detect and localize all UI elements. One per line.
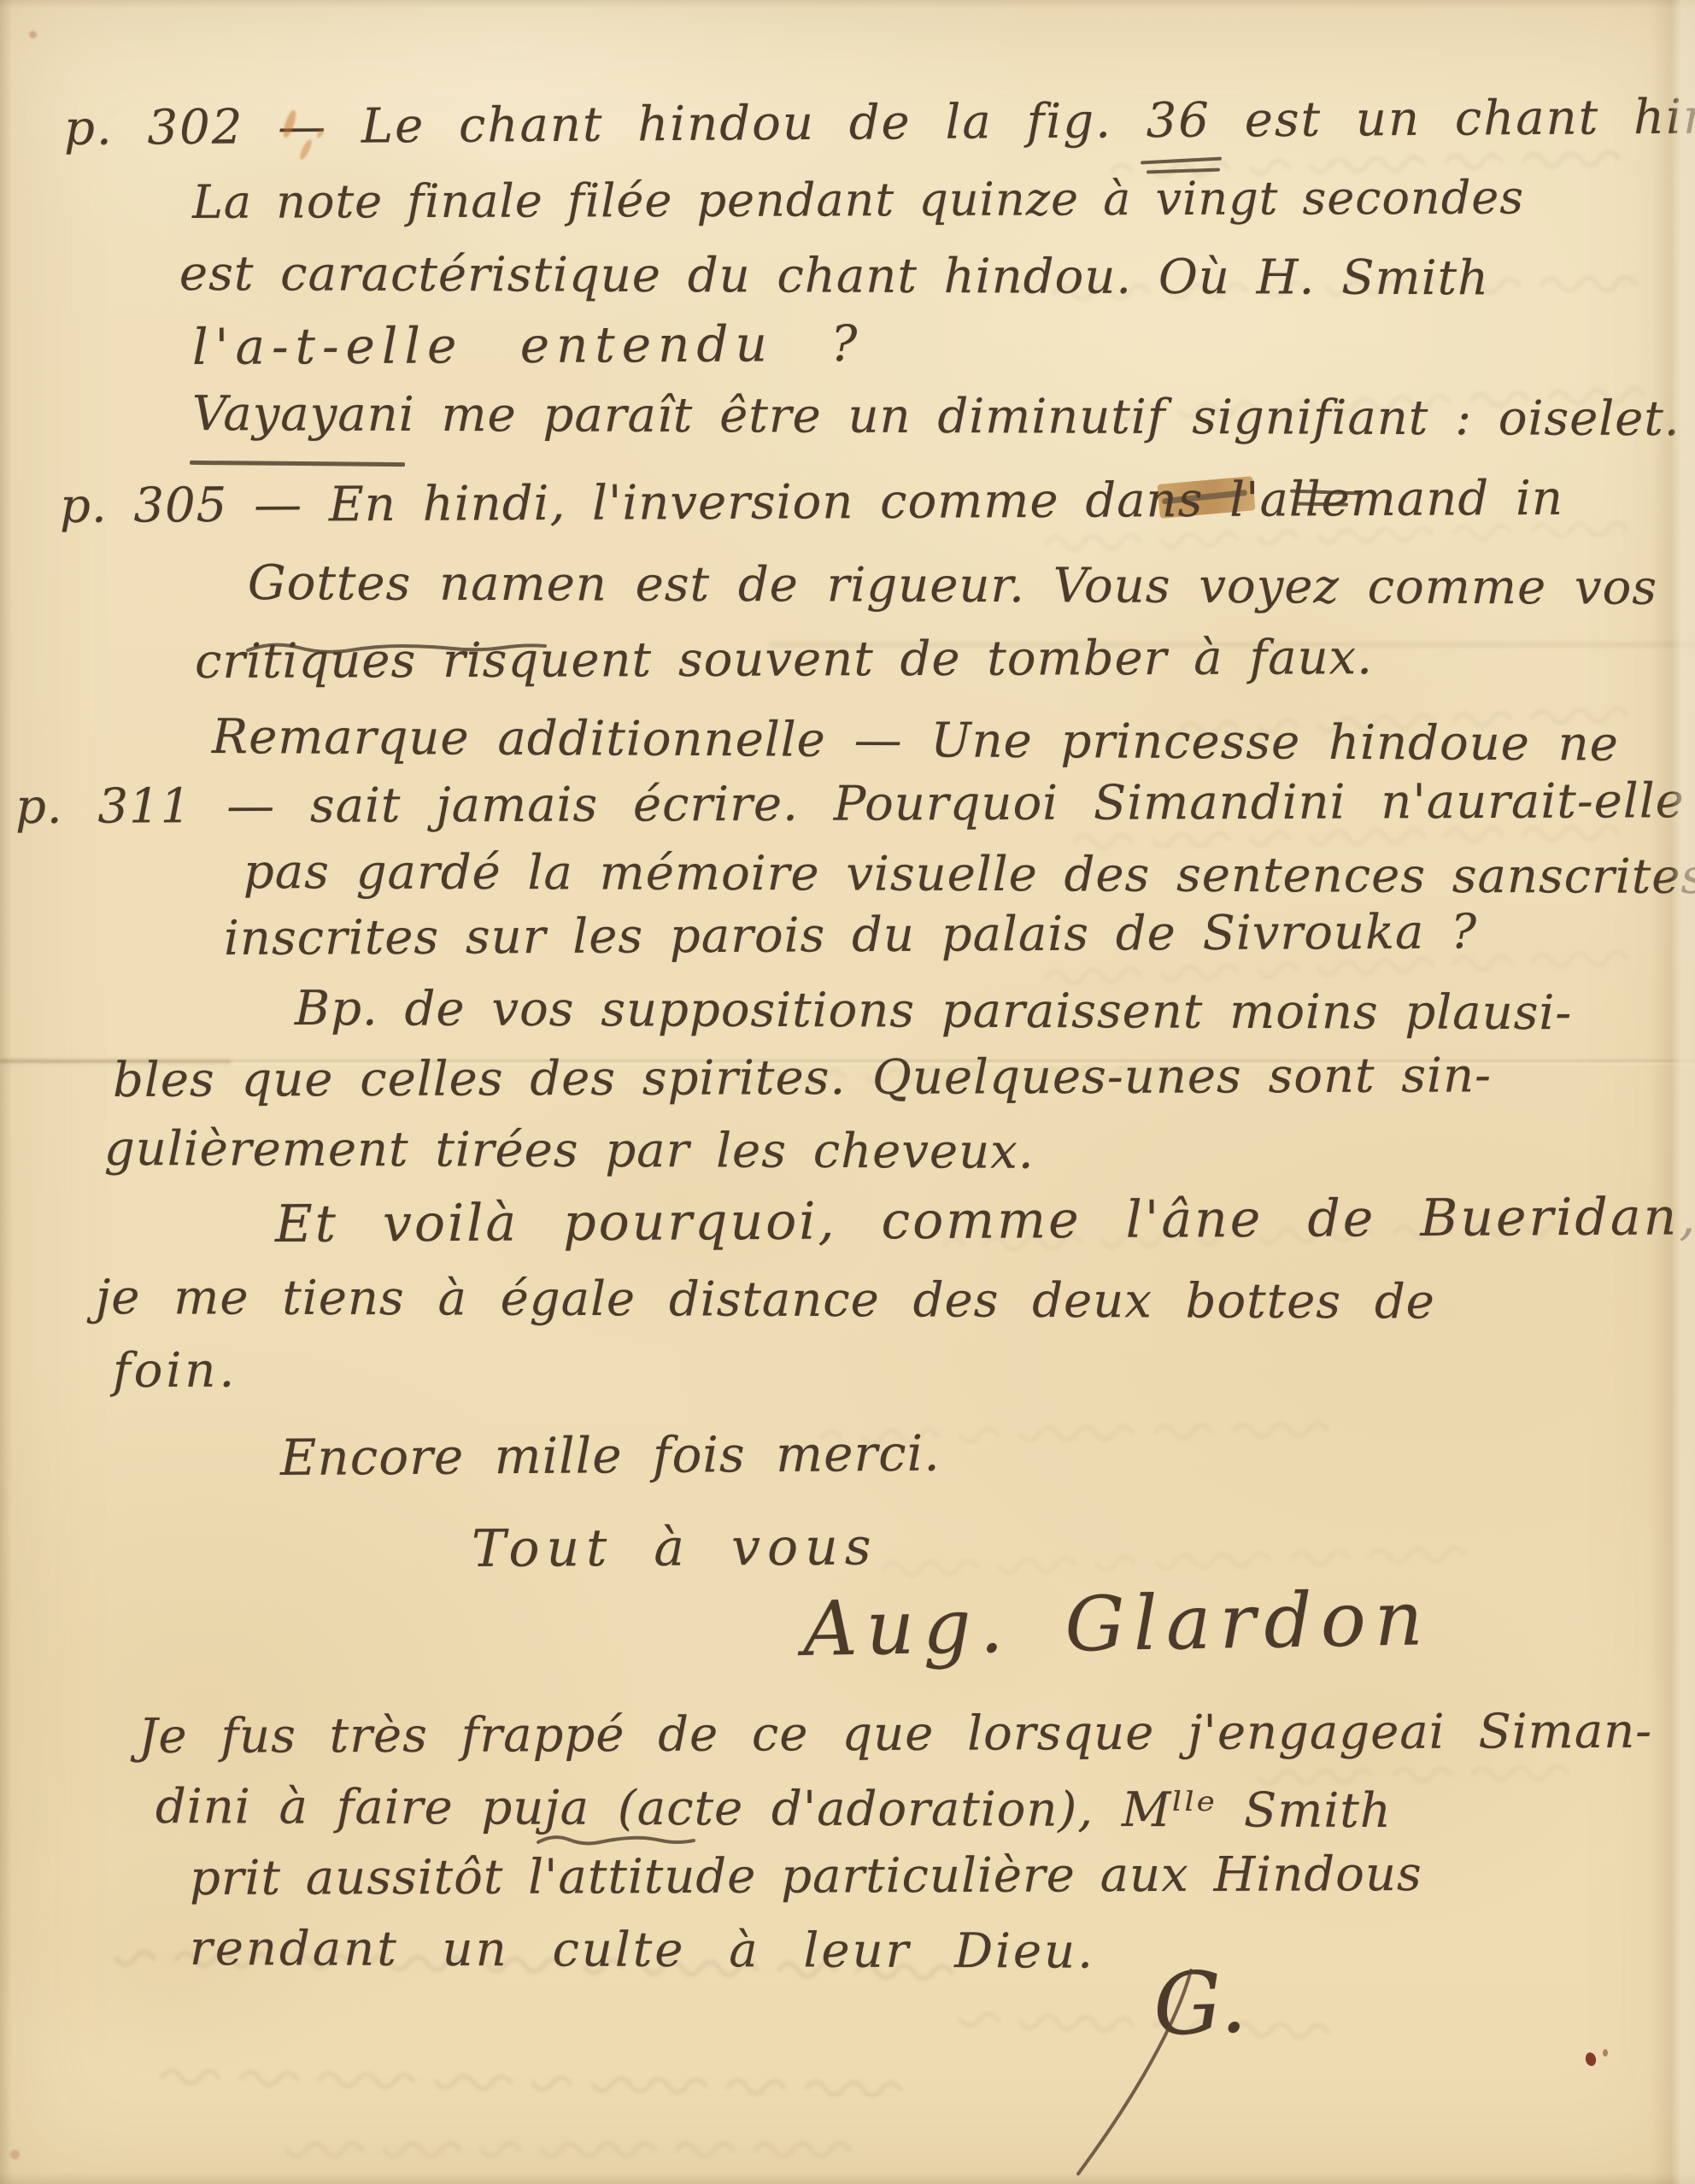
postscript-line: Je fus très frappé de ce que lorsque j'e… [138,1704,1652,1764]
red-ink-spot-small [1603,2049,1608,2057]
wavy-line [537,1832,706,1851]
letter-line: Et voilà pourquoi, comme l'âne de Buerid… [275,1187,1695,1254]
closing-salutation: Tout à vous [472,1518,878,1579]
underline-gottes [246,639,547,663]
bleed-through-ghost [273,2134,854,2163]
underline-puja [537,1832,706,1854]
postscript-line: rendant un culte à leur Dieu. [190,1921,1095,1980]
signature: Aug. Glardon [802,1574,1432,1673]
letter-line: pas gardé la mémoire visuelle des senten… [243,844,1695,905]
letter-line: Bp. de vos suppositions paraissent moins… [295,981,1572,1041]
letter-line: bles que celles des spirites. Quelques-u… [113,1048,1492,1108]
letter-line: La note finale filée pendant quinze à vi… [192,171,1524,229]
bleed-through-ghost [154,2061,906,2103]
underline-vayayani [190,461,405,467]
letter-line: Gottes namen est de rigueur. Vous voyez … [248,555,1657,616]
letter-line: Remarque additionnelle — Une princesse h… [212,709,1619,772]
postscript-initial: G. [1152,1952,1249,2055]
letter-line: l'a-t-elle entendu ? [192,314,865,376]
closing-thanks: Encore mille fois merci. [280,1424,941,1487]
letter-line: Vayayani me paraît être un diminutif sig… [192,386,1680,447]
postscript-line: prit aussitôt l'attitude particulière au… [190,1846,1422,1906]
pink-spot [29,31,37,38]
bleed-through-ghost [923,2003,1334,2046]
postscript-line: dini à faire puja (acte d'adoration), Mˡ… [155,1779,1392,1839]
letter-line: gulièrement tirées par les cheveux. [104,1121,1035,1180]
letter-page: p. 302 — Le chant hindou de la fig. 36 e… [0,0,1695,2184]
pink-spot [10,2150,20,2159]
letter-line: foin. [113,1342,238,1399]
red-ink-spot [1584,2052,1597,2067]
letter-line-p311: p. 311 — sait jamais écrire. Pourquoi Si… [15,773,1685,835]
letter-line: est caractéristique du chant hindou. Où … [179,246,1489,306]
wavy-line [246,639,547,660]
letter-line: je me tiens à égale distance des deux bo… [96,1270,1435,1330]
underline-est [1141,157,1222,165]
letter-line: inscrites sur les parois du palais de Si… [224,904,1477,966]
